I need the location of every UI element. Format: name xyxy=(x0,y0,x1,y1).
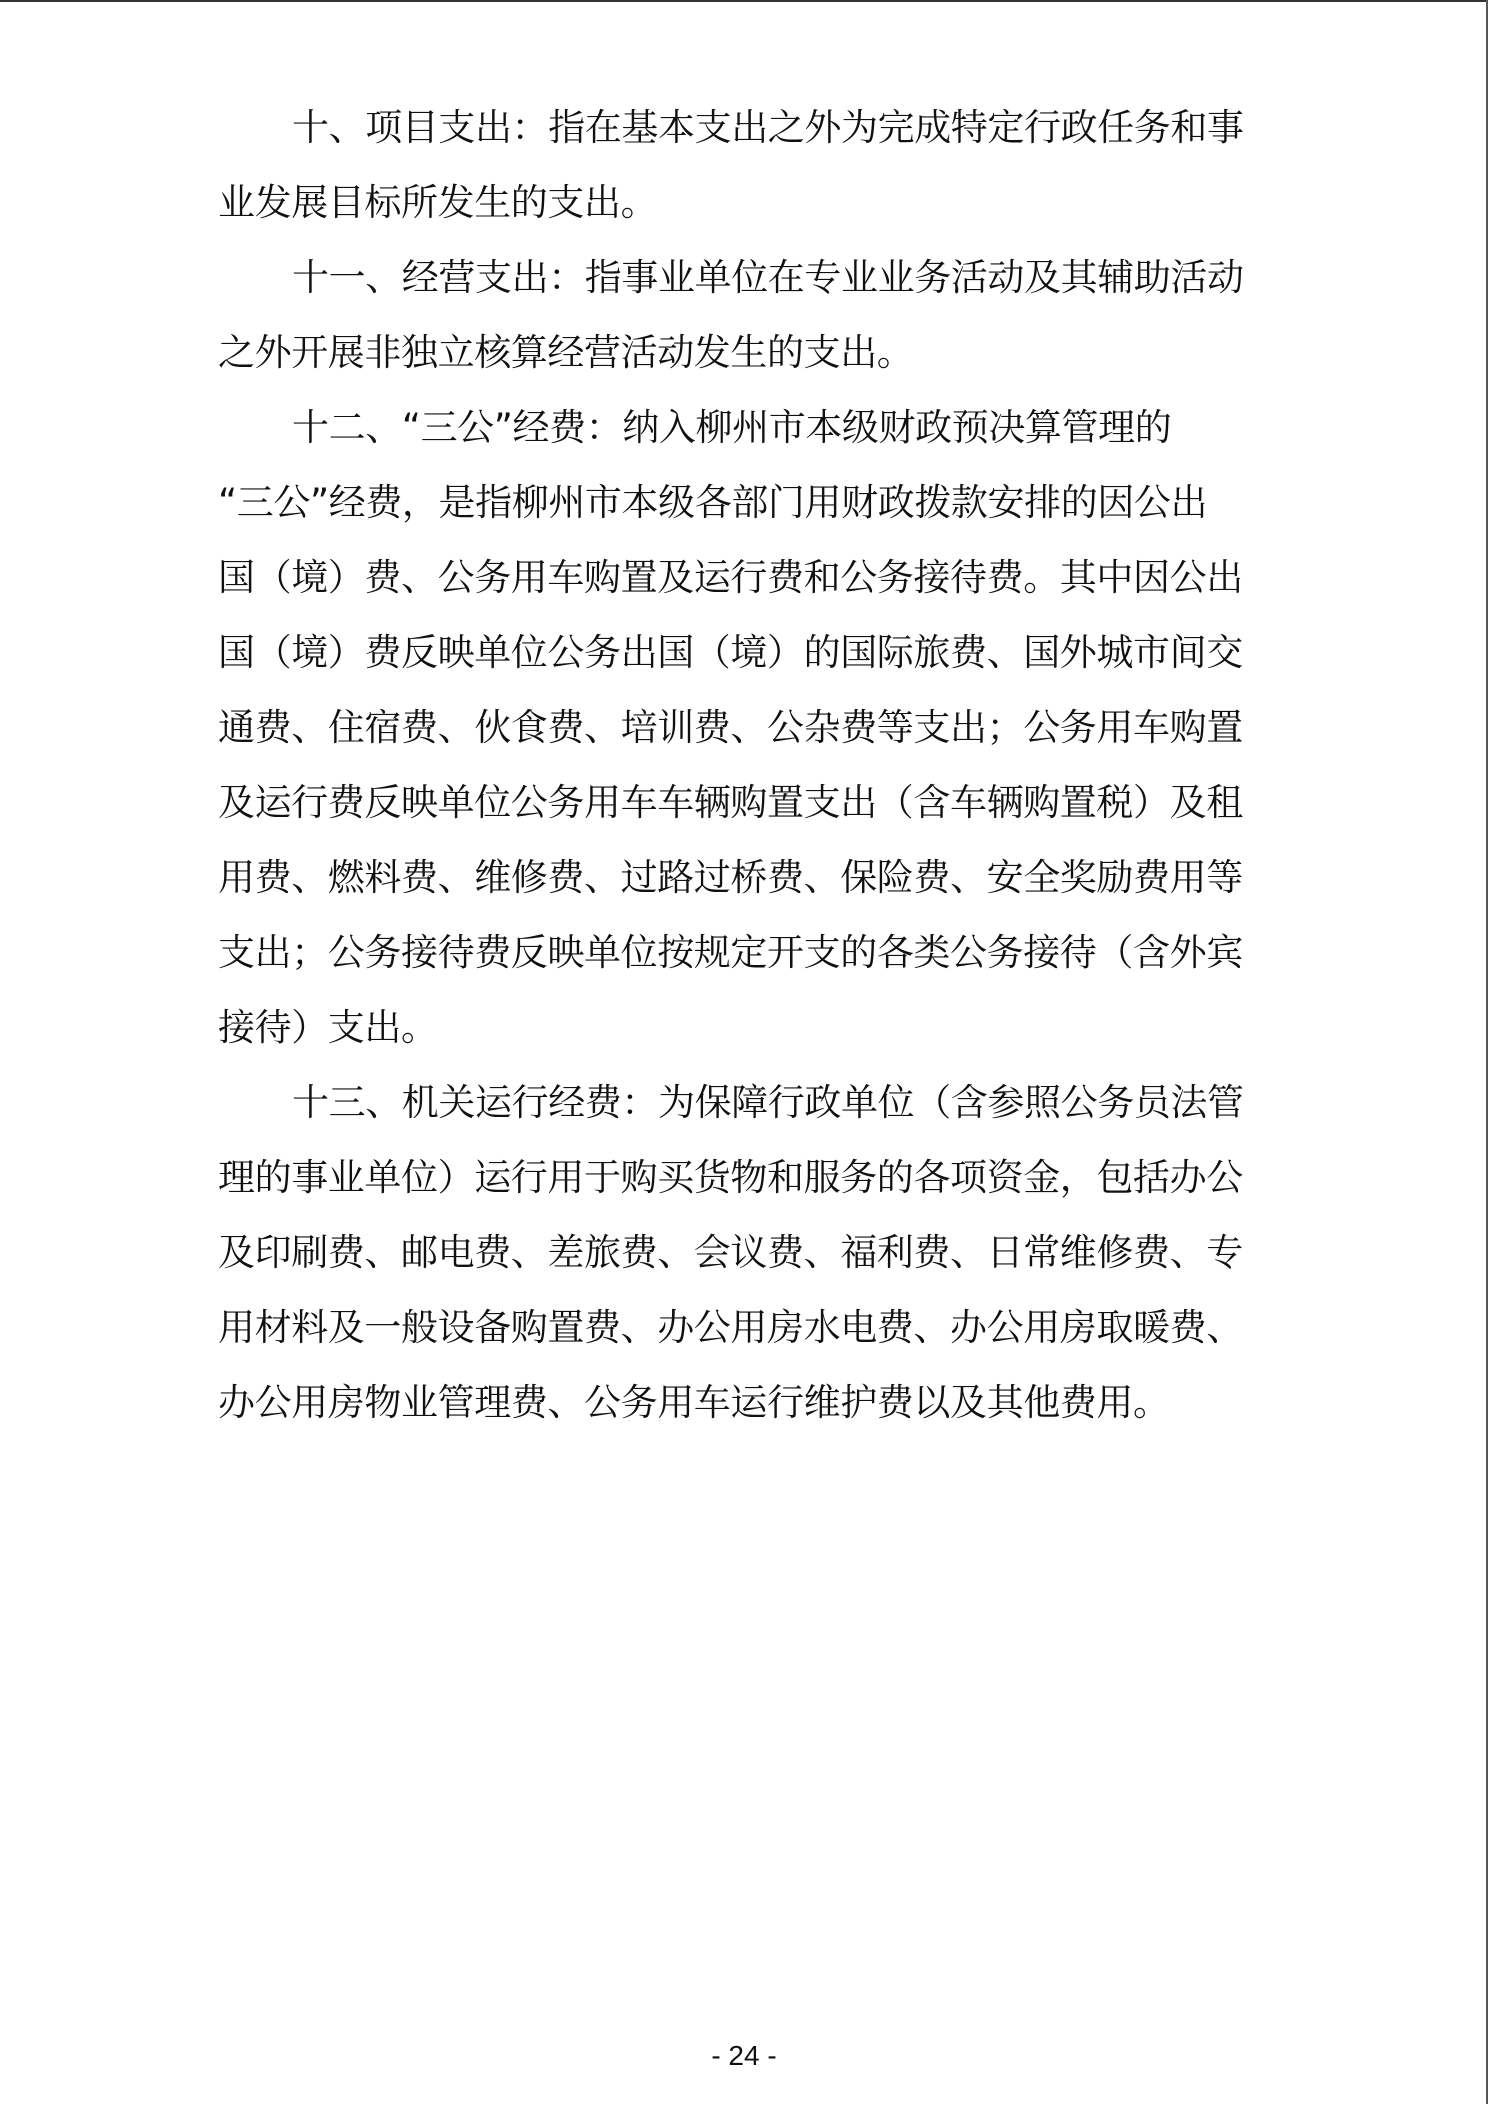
paragraph-line: 理的事业单位）运行用于购买货物和服务的各项资金，包括办公 xyxy=(218,1148,1288,1223)
paragraph-agency-operating-funds: 十三、机关运行经费：为保障行政单位（含参照公务员法管 理的事业单位）运行用于购买… xyxy=(218,1073,1288,1448)
paragraph-operating-expenditure: 十一、经营支出：指事业单位在专业业务活动及其辅助活动 之外开展非独立核算经营活动… xyxy=(218,248,1288,398)
paragraph-line: 十一、经营支出：指事业单位在专业业务活动及其辅助活动 xyxy=(218,248,1288,323)
paragraph-three-public-expenses: 十二、“三公”经费：纳入柳州市本级财政预决算管理的 “三公”经费，是指柳州市本级… xyxy=(218,398,1288,1073)
page-border-top xyxy=(0,0,1488,2)
paragraph-line: 用材料及一般设备购置费、办公用房水电费、办公用房取暖费、 xyxy=(218,1298,1288,1373)
paragraph-line: 用费、燃料费、维修费、过路过桥费、保险费、安全奖励费用等 xyxy=(218,848,1288,923)
paragraph-line: 办公用房物业管理费、公务用车运行维护费以及其他费用。 xyxy=(218,1373,1288,1448)
paragraph-line: “三公”经费，是指柳州市本级各部门用财政拨款安排的因公出 xyxy=(218,473,1288,548)
paragraph-line: 支出；公务接待费反映单位按规定开支的各类公务接待（含外宾 xyxy=(218,923,1288,998)
paragraph-line: 国（境）费反映单位公务出国（境）的国际旅费、国外城市间交 xyxy=(218,623,1288,698)
paragraph-line: 业发展目标所发生的支出。 xyxy=(218,173,1288,248)
paragraph-line: 之外开展非独立核算经营活动发生的支出。 xyxy=(218,323,1288,398)
paragraph-line: 国（境）费、公务用车购置及运行费和公务接待费。其中因公出 xyxy=(218,548,1288,623)
paragraph-line: 及运行费反映单位公务用车车辆购置支出（含车辆购置税）及租 xyxy=(218,773,1288,848)
page-number: - 24 - xyxy=(0,2040,1488,2072)
paragraph-project-expenditure: 十、项目支出：指在基本支出之外为完成特定行政任务和事 业发展目标所发生的支出。 xyxy=(218,98,1288,248)
document-body: 十、项目支出：指在基本支出之外为完成特定行政任务和事 业发展目标所发生的支出。 … xyxy=(218,98,1288,1448)
paragraph-line: 接待）支出。 xyxy=(218,998,1288,1073)
paragraph-line: 通费、住宿费、伙食费、培训费、公杂费等支出；公务用车购置 xyxy=(218,698,1288,773)
paragraph-line: 十二、“三公”经费：纳入柳州市本级财政预决算管理的 xyxy=(218,398,1288,473)
paragraph-line: 及印刷费、邮电费、差旅费、会议费、福利费、日常维修费、专 xyxy=(218,1223,1288,1298)
paragraph-line: 十、项目支出：指在基本支出之外为完成特定行政任务和事 xyxy=(218,98,1288,173)
paragraph-line: 十三、机关运行经费：为保障行政单位（含参照公务员法管 xyxy=(218,1073,1288,1148)
